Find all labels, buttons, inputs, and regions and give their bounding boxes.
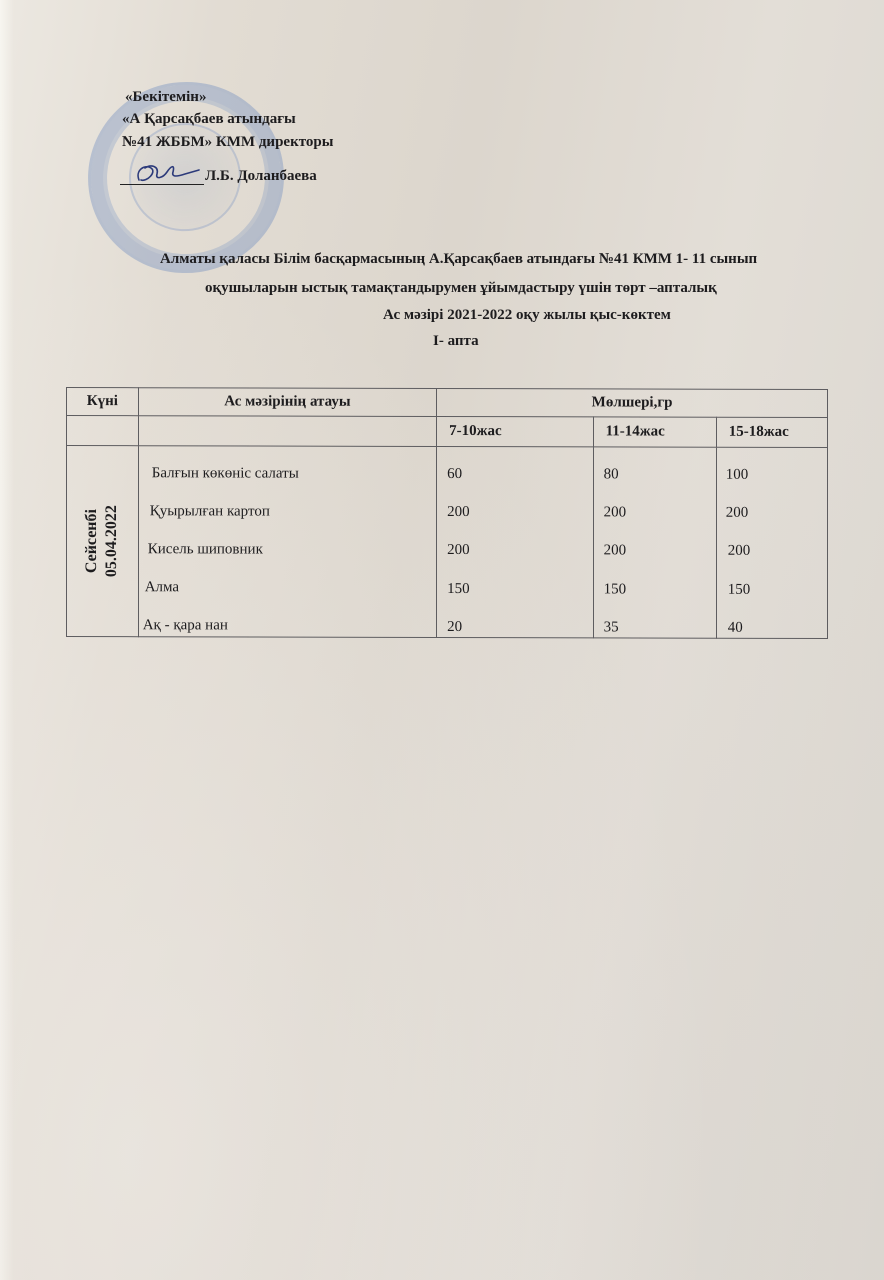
amount-value: 150 [728, 582, 751, 599]
day-date: 05.04.2022 [102, 505, 122, 577]
title-line-2: оқушыларын ыстық тамақтандырумен ұйымдас… [205, 280, 717, 297]
amount-value: 200 [604, 542, 627, 559]
approval-school-name: «А Қарсақбаев атындағы [122, 108, 296, 130]
dish-cell: Балғын көкөніс салаты Қуырылған картоп К… [138, 446, 436, 638]
header-day: Күні [67, 388, 139, 416]
menu-table: Күні Ас мәзірінің атауы Мөлшері,гр 7-10ж… [66, 387, 828, 639]
amount-value: 40 [728, 620, 743, 637]
age-group-row: 7-10жас 11-14жас 15-18жас [67, 416, 828, 448]
header-row: Күні Ас мәзірінің атауы Мөлшері,гр [67, 388, 828, 418]
age-group-15-18: 15-18жас [716, 417, 827, 447]
amount-value: 80 [604, 466, 619, 483]
dish-name: Қуырылған картоп [150, 503, 270, 520]
dish-name: Кисель шиповник [148, 541, 263, 558]
amount-cell-7-10: 60 200 200 150 20 [437, 446, 593, 637]
header-amount: Мөлшері,гр [437, 388, 828, 417]
day-cell: Сейсенбі 05.04.2022 [67, 446, 139, 637]
amount-value: 200 [726, 505, 749, 522]
dish-name: Алма [145, 579, 179, 596]
amount-value: 150 [604, 581, 627, 598]
dish-name: Балғын көкөніс салаты [152, 465, 299, 482]
amount-cell-11-14: 80 200 200 150 35 [593, 447, 716, 638]
day-weekday: Сейсенбі [82, 505, 102, 577]
amount-cell-15-18: 100 200 200 150 40 [716, 447, 827, 638]
age-group-7-10: 7-10жас [437, 416, 593, 446]
amount-value: 200 [447, 542, 470, 559]
approval-heading: «Бекітемін» [125, 86, 206, 108]
age-group-11-14: 11-14жас [593, 417, 716, 447]
approval-director-title: №41 ЖББМ» КММ директоры [122, 131, 333, 153]
header-dish: Ас мәзірінің атауы [138, 388, 436, 417]
amount-value: 150 [447, 581, 470, 598]
amount-value: 100 [726, 467, 749, 484]
amount-value: 200 [604, 504, 627, 521]
title-line-3: Ас мәзірі 2021-2022 оқу жылы қыс-көктем [383, 307, 671, 324]
day-label: Сейсенбі 05.04.2022 [82, 505, 122, 577]
amount-value: 200 [447, 504, 470, 521]
signature-mark [133, 160, 203, 186]
amount-value: 20 [447, 619, 462, 636]
amount-value: 200 [728, 543, 751, 560]
dish-name: Ақ - қара нан [143, 617, 228, 634]
week-label: І- апта [433, 333, 479, 350]
title-line-1: Алматы қаласы Білім басқармасының А.Қарс… [160, 251, 757, 268]
empty-dish-cell [138, 416, 436, 447]
amount-value: 35 [604, 619, 619, 636]
amount-value: 60 [447, 466, 462, 483]
table-row: Сейсенбі 05.04.2022 Балғын көкөніс салат… [67, 446, 828, 639]
approval-signatory-name: Л.Б. Доланбаева [205, 165, 317, 187]
empty-day-cell [67, 416, 139, 446]
